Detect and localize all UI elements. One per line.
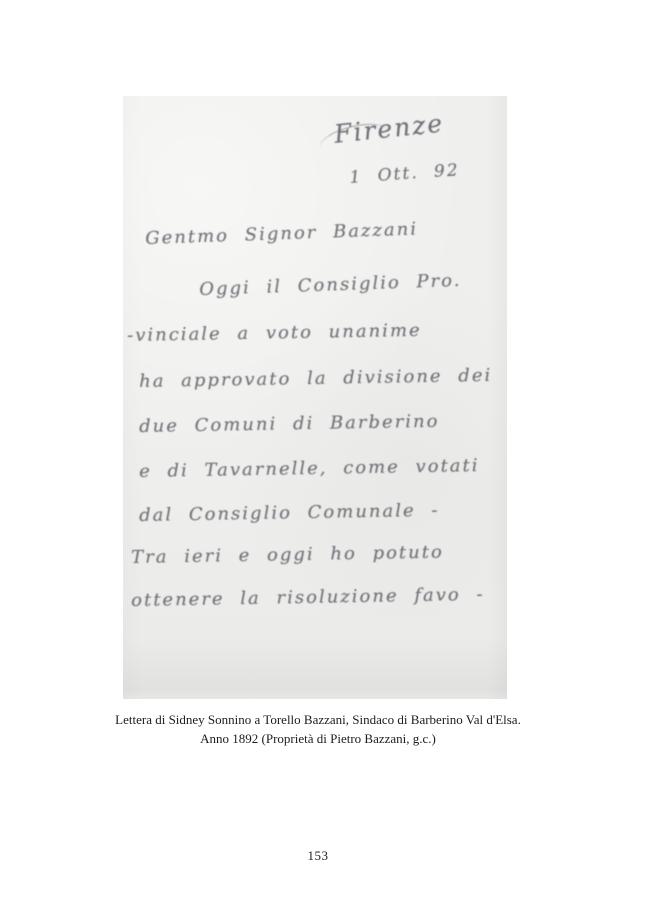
page-number: 153 [0, 848, 636, 864]
handwriting-line: e di Tavarnelle, come votati [139, 457, 480, 481]
book-page: Firenze1 Ott. 92Gentmo Signor BazzaniOgg… [0, 0, 650, 917]
handwriting-line: ottenere la risoluzione favo - [131, 586, 485, 610]
handwriting-line: Oggi il Consiglio Pro. [199, 272, 462, 299]
handwriting-line: ha approvato la divisione dei [139, 367, 492, 391]
caption-line-1: Lettera di Sidney Sonnino a Torello Bazz… [0, 710, 636, 729]
handwriting-line: Firenze [333, 110, 445, 146]
handwriting-line: due Comuni di Barberino [139, 413, 440, 436]
caption-line-2: Anno 1892 (Proprietà di Pietro Bazzani, … [0, 729, 636, 748]
handwriting-line: -vinciale a voto unanime [127, 322, 422, 345]
handwriting-line: Tra ieri e oggi ho potuto [131, 544, 444, 567]
handwriting-line: dal Consiglio Comunale - [139, 502, 440, 525]
handwriting-line: Gentmo Signor Bazzani [145, 220, 418, 248]
handwriting-line: 1 Ott. 92 [349, 162, 460, 187]
letter-photograph: Firenze1 Ott. 92Gentmo Signor BazzaniOgg… [123, 96, 507, 699]
photo-caption: Lettera di Sidney Sonnino a Torello Bazz… [0, 710, 636, 748]
